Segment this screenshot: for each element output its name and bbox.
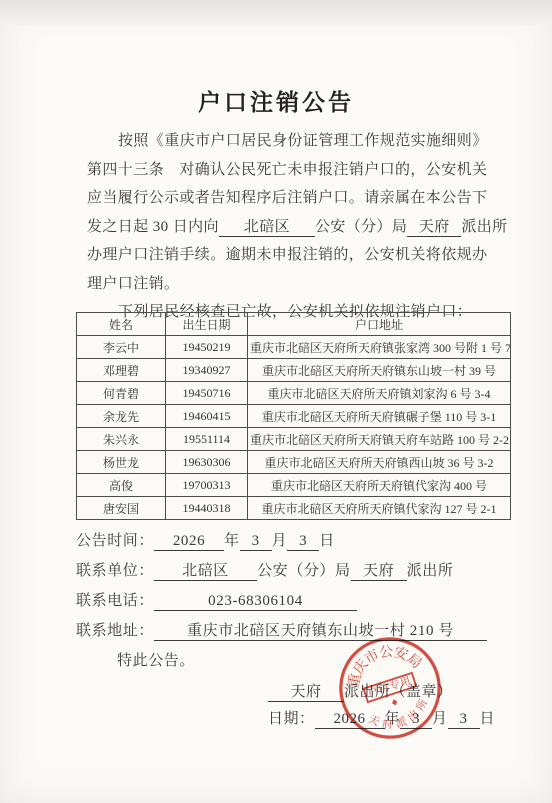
station-blank: 天府 [407, 219, 461, 237]
cell-dob: 19460415 [166, 405, 248, 428]
announce-label: 公告时间： [76, 533, 154, 549]
day-unit: 日 [480, 711, 496, 727]
cell-name: 朱兴永 [77, 428, 166, 451]
phone-blank: 023-68306104 [154, 593, 357, 611]
cell-dob: 19551114 [166, 428, 248, 451]
contact-address-line: 联系地址：重庆市北碚区天府镇东山坡一村 210 号 [76, 618, 516, 648]
header-name: 姓名 [77, 313, 166, 336]
cell-dob: 19700313 [166, 474, 248, 497]
unit-district-blank: 北碚区 [154, 563, 257, 581]
contact-phone-line: 联系电话：023-68306104 [76, 588, 516, 618]
intro-line: 办理户口注销手续。逾期未申报注销的，公安机关将依规办 [87, 241, 487, 270]
unit-suffix: 派出所 [407, 563, 454, 579]
cell-name: 余龙先 [77, 405, 166, 428]
announce-month-blank: 3 [240, 533, 272, 551]
cell-name: 李云中 [77, 336, 166, 359]
cell-name: 邓理碧 [77, 359, 166, 382]
intro-line-blanks: 发之日起 30 日内向北碚区公安（分）局天府派出所 [87, 213, 487, 242]
intro-line4-mid: 公安（分）局 [315, 219, 407, 235]
district-blank: 北碚区 [219, 219, 315, 237]
table-row: 杨世龙 19630306 重庆市北碚区天府所天府镇西山坡 36 号 3-2 [77, 451, 511, 474]
cell-address: 重庆市北碚区天府所天府镇西山坡 36 号 3-2 [248, 451, 511, 474]
year-unit: 年 [224, 533, 240, 549]
address-blank: 重庆市北碚区天府镇东山坡一村 210 号 [154, 623, 487, 641]
scanned-notice-page: 户口注销公告 按照《重庆市户口居民身份证管理工作规范实施细则》 第四十三条 对确… [0, 0, 552, 803]
cell-address: 重庆市北碚区天府所天府镇代家沟 400 号 [248, 474, 511, 497]
announce-year-blank: 2026 [154, 533, 224, 551]
unit-mid: 公安（分）局 [257, 563, 351, 579]
phone-label: 联系电话： [76, 593, 154, 609]
signature-station-blank: 天府 [268, 684, 344, 702]
intro-line4-pre: 发之日起 30 日内向 [87, 219, 219, 235]
year-unit: 年 [385, 711, 401, 727]
table-row: 高俊 19700313 重庆市北碚区天府所天府镇代家沟 400 号 [77, 474, 511, 497]
address-label: 联系地址： [76, 623, 154, 639]
unit-station-blank: 天府 [351, 563, 407, 581]
cell-dob: 19450219 [166, 336, 248, 359]
announce-day-blank: 3 [287, 533, 319, 551]
table-row: 邓理碧 19340927 重庆市北碚区天府所天府镇东山坡一村 39 号 [77, 359, 511, 382]
cell-dob: 19440318 [166, 497, 248, 520]
table-row: 何青碧 19450716 重庆市北碚区天府所天府镇刘家沟 6 号 3-4 [77, 382, 511, 405]
date-label: 日期： [268, 711, 315, 727]
signature-suffix: 派出所（盖章） [344, 684, 453, 700]
cell-address: 重庆市北碚区天府所天府镇天府车站路 100 号 2-2 [248, 428, 511, 451]
footer-info: 公告时间：2026年3月3日 联系单位：北碚区公安（分）局天府派出所 联系电话：… [76, 528, 516, 678]
table-row: 朱兴永 19551114 重庆市北碚区天府所天府镇天府车站路 100 号 2-2 [77, 428, 511, 451]
table-row: 余龙先 19460415 重庆市北碚区天府所天府镇碾子堡 110 号 3-1 [77, 405, 511, 428]
cell-dob: 19340927 [166, 359, 248, 382]
page-title: 户口注销公告 [0, 84, 552, 117]
sign-day-blank: 3 [448, 711, 480, 729]
announce-time-line: 公告时间：2026年3月3日 [76, 528, 516, 558]
cell-name: 高俊 [77, 474, 166, 497]
closing-line: 特此公告。 [76, 648, 516, 678]
intro-line: 第四十三条 对确认公民死亡未申报注销户口的，公安机关 [87, 156, 487, 185]
cell-address: 重庆市北碚区天府所天府镇刘家沟 6 号 3-4 [248, 382, 511, 405]
cell-address: 重庆市北碚区天府所天府镇碾子堡 110 号 3-1 [248, 405, 511, 428]
table-header-row: 姓名 出生日期 户口地址 [77, 313, 511, 336]
table-row: 唐安国 19440318 重庆市北碚区天府所天府镇代家沟 127 号 2-1 [77, 497, 511, 520]
cell-name: 唐安国 [77, 497, 166, 520]
intro-line4-post: 派出所 [461, 219, 507, 235]
intro-line: 应当履行公示或者告知程序后注销户口。请亲属在本公告下 [87, 184, 487, 213]
cell-name: 杨世龙 [77, 451, 166, 474]
cell-name: 何青碧 [77, 382, 166, 405]
signature-date-line: 日期：2026年3月3日 [268, 707, 538, 734]
cell-address: 重庆市北碚区天府所天府镇东山坡一村 39 号 [248, 359, 511, 382]
table-row: 李云中 19450219 重庆市北碚区天府所天府镇张家湾 300 号附 1 号 … [77, 336, 511, 359]
sign-month-blank: 3 [400, 711, 432, 729]
scan-edge-shadow [0, 0, 552, 26]
cell-dob: 19450716 [166, 382, 248, 405]
cell-address: 重庆市北碚区天府所天府镇张家湾 300 号附 1 号 7-4 [248, 336, 511, 359]
unit-label: 联系单位： [76, 563, 154, 579]
intro-line: 理户口注销。 [87, 270, 487, 299]
deceased-residents-table: 姓名 出生日期 户口地址 李云中 19450219 重庆市北碚区天府所天府镇张家… [76, 312, 511, 520]
header-dob: 出生日期 [166, 313, 248, 336]
intro-line: 按照《重庆市户口居民身份证管理工作规范实施细则》 [87, 127, 487, 156]
signature-line: 天府派出所（盖章） [268, 680, 538, 707]
signature-block: 天府派出所（盖章） 日期：2026年3月3日 [268, 680, 538, 734]
sign-year-blank: 2026 [315, 711, 385, 729]
contact-unit-line: 联系单位：北碚区公安（分）局天府派出所 [76, 558, 516, 588]
cell-dob: 19630306 [166, 451, 248, 474]
intro-paragraph: 按照《重庆市户口居民身份证管理工作规范实施细则》 第四十三条 对确认公民死亡未申… [87, 127, 487, 327]
header-address: 户口地址 [248, 313, 511, 336]
day-unit: 日 [319, 533, 335, 549]
cell-address: 重庆市北碚区天府所天府镇代家沟 127 号 2-1 [248, 497, 511, 520]
month-unit: 月 [272, 533, 288, 549]
month-unit: 月 [432, 711, 448, 727]
